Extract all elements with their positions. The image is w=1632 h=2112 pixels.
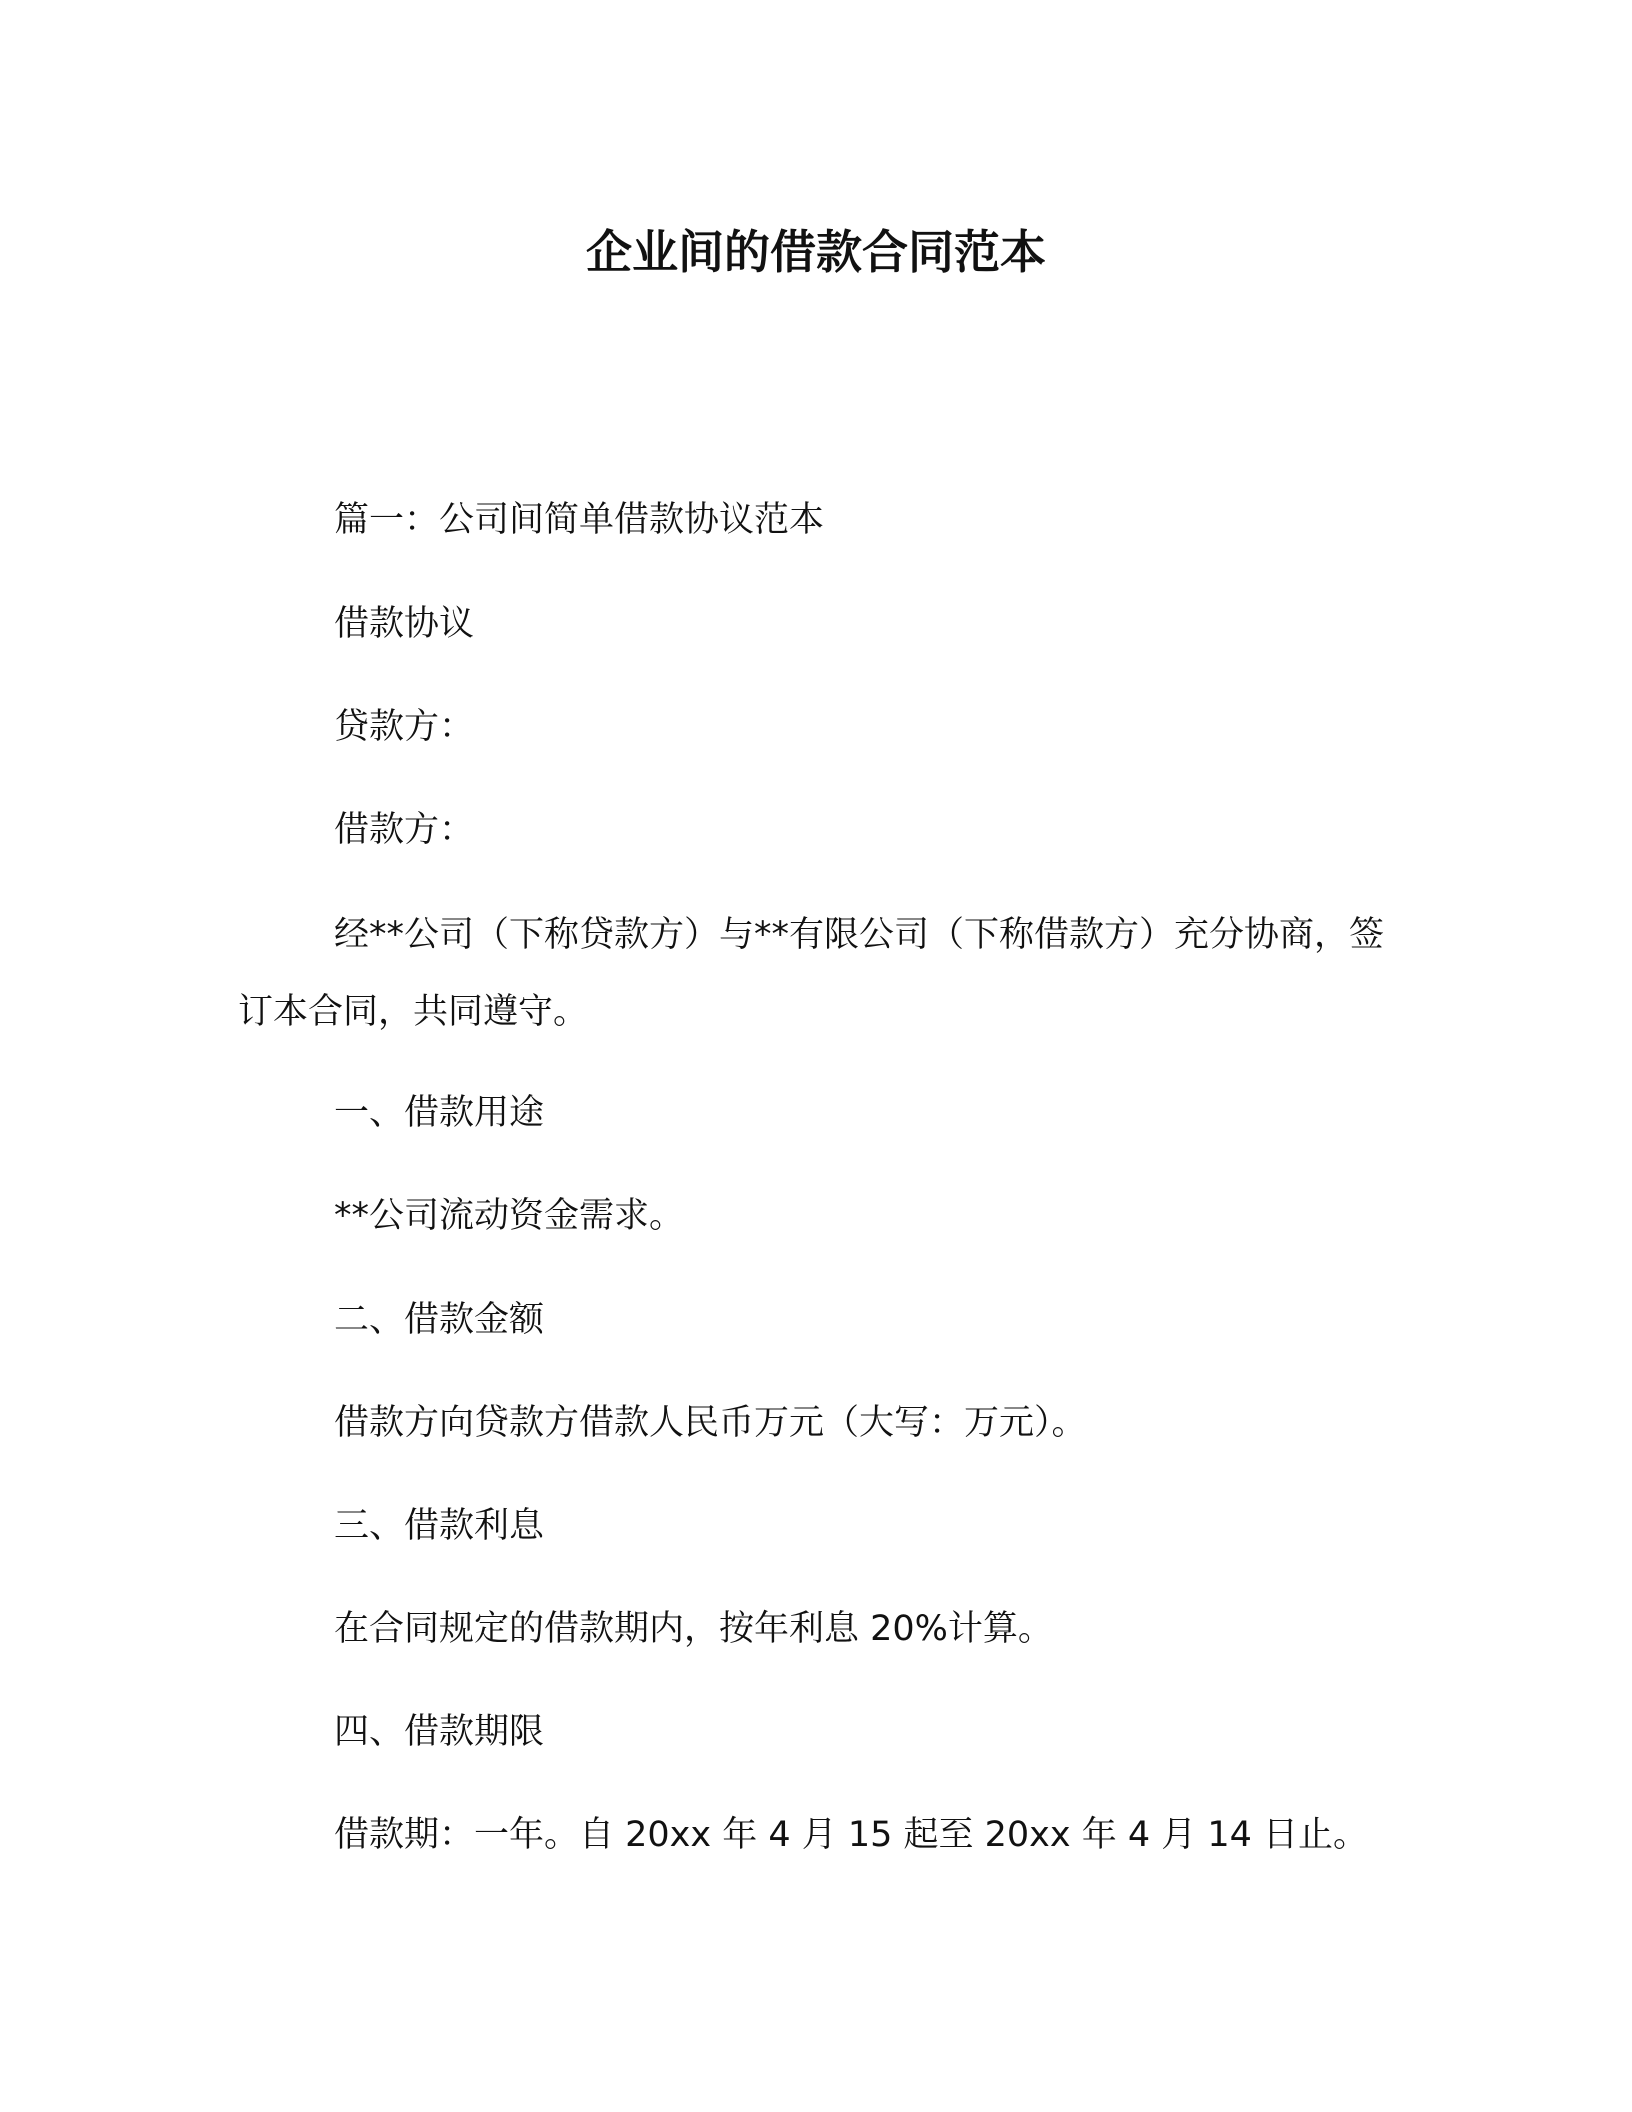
clause-body-term: 借款期：一年。自 20xx 年 4 月 15 起至 20xx 年 4 月 14 … bbox=[334, 1811, 1368, 1859]
agreement-heading: 借款协议 bbox=[334, 600, 474, 648]
document-page: 企业间的借款合同范本 篇一：公司间简单借款协议范本 借款协议 贷款方： 借款方：… bbox=[0, 0, 1632, 2112]
clause-heading-amount: 二、借款金额 bbox=[334, 1296, 544, 1344]
clause-body-purpose: **公司流动资金需求。 bbox=[334, 1192, 684, 1240]
clause-heading-term: 四、借款期限 bbox=[334, 1708, 544, 1756]
clause-heading-purpose: 一、借款用途 bbox=[334, 1089, 544, 1137]
preamble-paragraph: 经**公司（下称贷款方）与**有限公司（下称借款方）充分协商，签订本合同，共同遵… bbox=[238, 897, 1398, 1051]
lender-label: 贷款方： bbox=[334, 703, 474, 751]
document-title: 企业间的借款合同范本 bbox=[0, 222, 1632, 282]
clause-body-interest: 在合同规定的借款期内，按年利息 20%计算。 bbox=[334, 1605, 1053, 1653]
preamble-text: 经**公司（下称贷款方）与**有限公司（下称借款方）充分协商，签订本合同，共同遵… bbox=[238, 915, 1384, 1032]
section-heading-part-one: 篇一：公司间简单借款协议范本 bbox=[334, 496, 824, 544]
clause-heading-interest: 三、借款利息 bbox=[334, 1502, 544, 1550]
borrower-label: 借款方： bbox=[334, 806, 474, 854]
clause-body-amount: 借款方向贷款方借款人民币万元（大写：万元）。 bbox=[334, 1399, 1087, 1447]
